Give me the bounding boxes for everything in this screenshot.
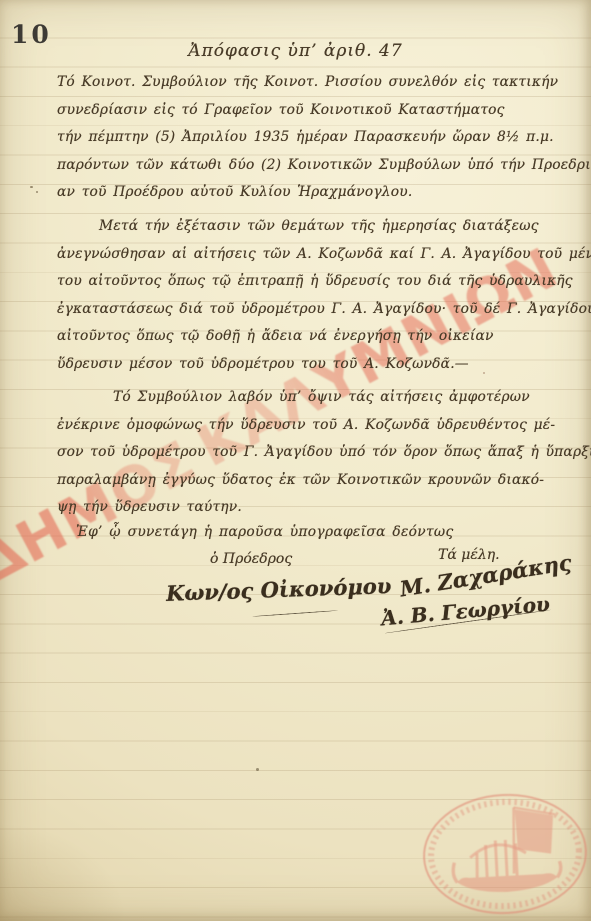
manuscript-line: σον τοῦ ὑδρομέτρου τοῦ Γ. Ἀγαγίδου ὑπό τ… bbox=[57, 439, 586, 467]
manuscript-line: ἐνέκρινε ὁμοφώνως τήν ὕδρευσιν τοῦ Α. Κο… bbox=[57, 412, 586, 440]
document-title: Ἀπόφασις ὑπ’ ἀριθ. 47 bbox=[0, 41, 591, 61]
manuscript-line: Τό Κοινοτ. Συμβούλιον τῆς Κοινοτ. Ρισσίο… bbox=[57, 69, 586, 97]
manuscript-line: αἰτοῦντος ὅπως τῷ δοθῇ ἡ ἄδεια νά ἐνεργή… bbox=[57, 323, 586, 351]
manuscript-line: ὕδρευσιν μέσον τοῦ ὑδρομέτρου του τοῦ Α.… bbox=[57, 351, 586, 379]
manuscript-line: του αἰτοῦντος ὅπως τῷ ἐπιτραπῇ ἡ ὕδρευσί… bbox=[57, 268, 586, 296]
manuscript-line: Τό Συμβούλιον λαβόν ὑπ’ ὄψιν τάς αἰτήσει… bbox=[57, 384, 586, 412]
manuscript-line: ψῃ τήν ὕδρευσιν ταύτην. bbox=[57, 494, 586, 522]
ink-speck bbox=[30, 186, 33, 188]
manuscript-line: αν τοῦ Προέδρου αὐτοῦ Κυλίου Ἡραχμάνογλο… bbox=[57, 179, 586, 207]
signature-flourish bbox=[252, 610, 338, 617]
paragraph-3: Τό Συμβούλιον λαβόν ὑπ’ ὄψιν τάς αἰτήσει… bbox=[57, 384, 586, 522]
paragraph-1: Τό Κοινοτ. Συμβούλιον τῆς Κοινοτ. Ρισσίο… bbox=[57, 69, 586, 207]
manuscript-line: παρόντων τῶν κάτωθι δύο (2) Κοινοτικῶν Σ… bbox=[57, 152, 586, 180]
paragraph-2: Μετά τήν ἐξέτασιν τῶν θεμάτων τῆς ἡμερησ… bbox=[57, 213, 586, 378]
members-role-label: Τά μέλη. bbox=[438, 547, 500, 563]
president-signature: Κων/ος Οἰκονόμου bbox=[166, 573, 392, 606]
closing-line: Ἐφ’ ᾧ συνετάγη ἡ παροῦσα ὑπογραφεῖσα δεό… bbox=[76, 524, 454, 540]
manuscript-line: ἐγκαταστάσεως διά τοῦ ὑδρομέτρου Γ. Α. Ἀ… bbox=[57, 296, 586, 324]
ink-speck bbox=[256, 768, 259, 771]
president-role-label: ὁ Πρόεδρος bbox=[210, 551, 292, 567]
manuscript-line: παραλαμβάνῃ ἐγγύως ὕδατος ἐκ τῶν Κοινοτι… bbox=[57, 467, 586, 495]
manuscript-line: ἀνεγνώσθησαν αἱ αἰτήσεις τῶν Α. Κοζωνδᾶ … bbox=[57, 241, 586, 269]
ink-speck bbox=[483, 372, 485, 374]
manuscript-line: Μετά τήν ἐξέτασιν τῶν θεμάτων τῆς ἡμερησ… bbox=[57, 213, 586, 241]
scan-corner-shadow bbox=[0, 781, 180, 921]
ink-speck bbox=[36, 191, 38, 193]
manuscript-line: συνεδρίασιν εἰς τό Γραφεῖον τοῦ Κοινοτικ… bbox=[57, 97, 586, 125]
ancient-galley-stamp-icon bbox=[417, 786, 591, 921]
scanned-document-page: 10 ΔΗΜΟΣ ΚΑΛΥΜΝΙΩΝ Ἀπόφασις ὑπ’ ἀριθ. 47… bbox=[0, 0, 591, 921]
manuscript-line: τήν πέμπτην (5) Ἀπριλίου 1935 ἡμέραν Παρ… bbox=[57, 124, 586, 152]
